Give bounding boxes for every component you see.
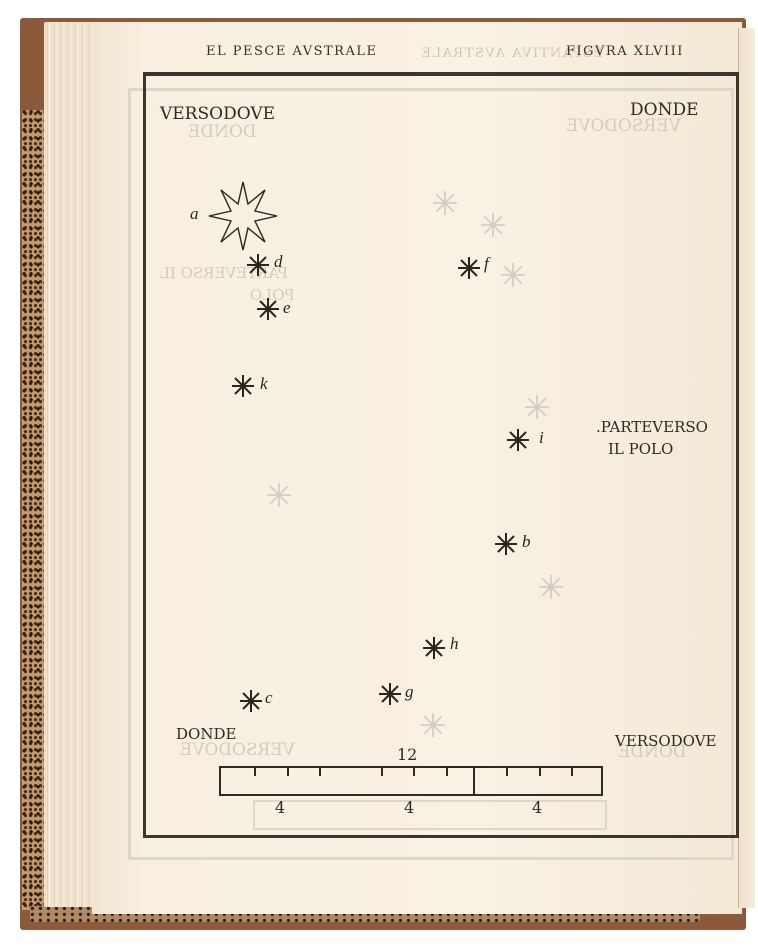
star-label: g	[405, 682, 414, 702]
star-label: c	[265, 688, 273, 708]
scale-segment-label: 4	[275, 798, 285, 817]
star-k-icon	[231, 374, 255, 398]
scale-bar	[219, 766, 603, 796]
star-label: h	[450, 634, 459, 654]
label-top-right: DONDE	[630, 100, 698, 120]
star-a-large-icon	[207, 180, 279, 252]
star-b-icon	[494, 532, 518, 556]
running-head-title: EL PESCE AVSTRALE	[206, 44, 377, 59]
scale-tick	[413, 768, 415, 776]
star-e-icon	[256, 297, 280, 321]
star-label: b	[522, 532, 531, 552]
star-d-icon	[246, 253, 270, 277]
label-bottom-left: DONDE	[176, 725, 236, 743]
scale-tick	[381, 768, 383, 776]
star-g-icon	[378, 682, 402, 706]
star-label: d	[274, 252, 283, 272]
label-top-left: VERSODOVE	[160, 104, 275, 124]
star-label: k	[260, 374, 268, 394]
scale-tick	[446, 768, 448, 776]
scale-tick	[571, 768, 573, 776]
star-h-icon	[422, 636, 446, 660]
star-label: e	[283, 298, 291, 318]
scale-total-label: 12	[397, 745, 417, 764]
scale-tick	[539, 768, 541, 776]
figure-number: FIGVRA XLVIII	[566, 44, 684, 59]
star-c-icon	[239, 689, 263, 713]
cover-speckled-edge	[22, 110, 44, 910]
star-label: i	[539, 428, 544, 448]
star-f-icon	[457, 256, 481, 280]
side-label-line2: IL POLO	[608, 440, 673, 458]
star-label: f	[484, 254, 489, 274]
scale-tick	[254, 768, 256, 776]
scale-divider	[473, 766, 475, 796]
scale-tick	[506, 768, 508, 776]
scale-tick	[287, 768, 289, 776]
scale-segment-label: 4	[532, 798, 542, 817]
label-bottom-right: VERSODOVE	[615, 732, 717, 750]
side-label-line1: .PARTEVERSO	[596, 418, 708, 436]
star-i-icon	[506, 428, 530, 452]
page-right-edge	[738, 28, 755, 908]
star-label: a	[190, 204, 199, 224]
scale-segment-label: 4	[404, 798, 414, 817]
scale-tick	[319, 768, 321, 776]
